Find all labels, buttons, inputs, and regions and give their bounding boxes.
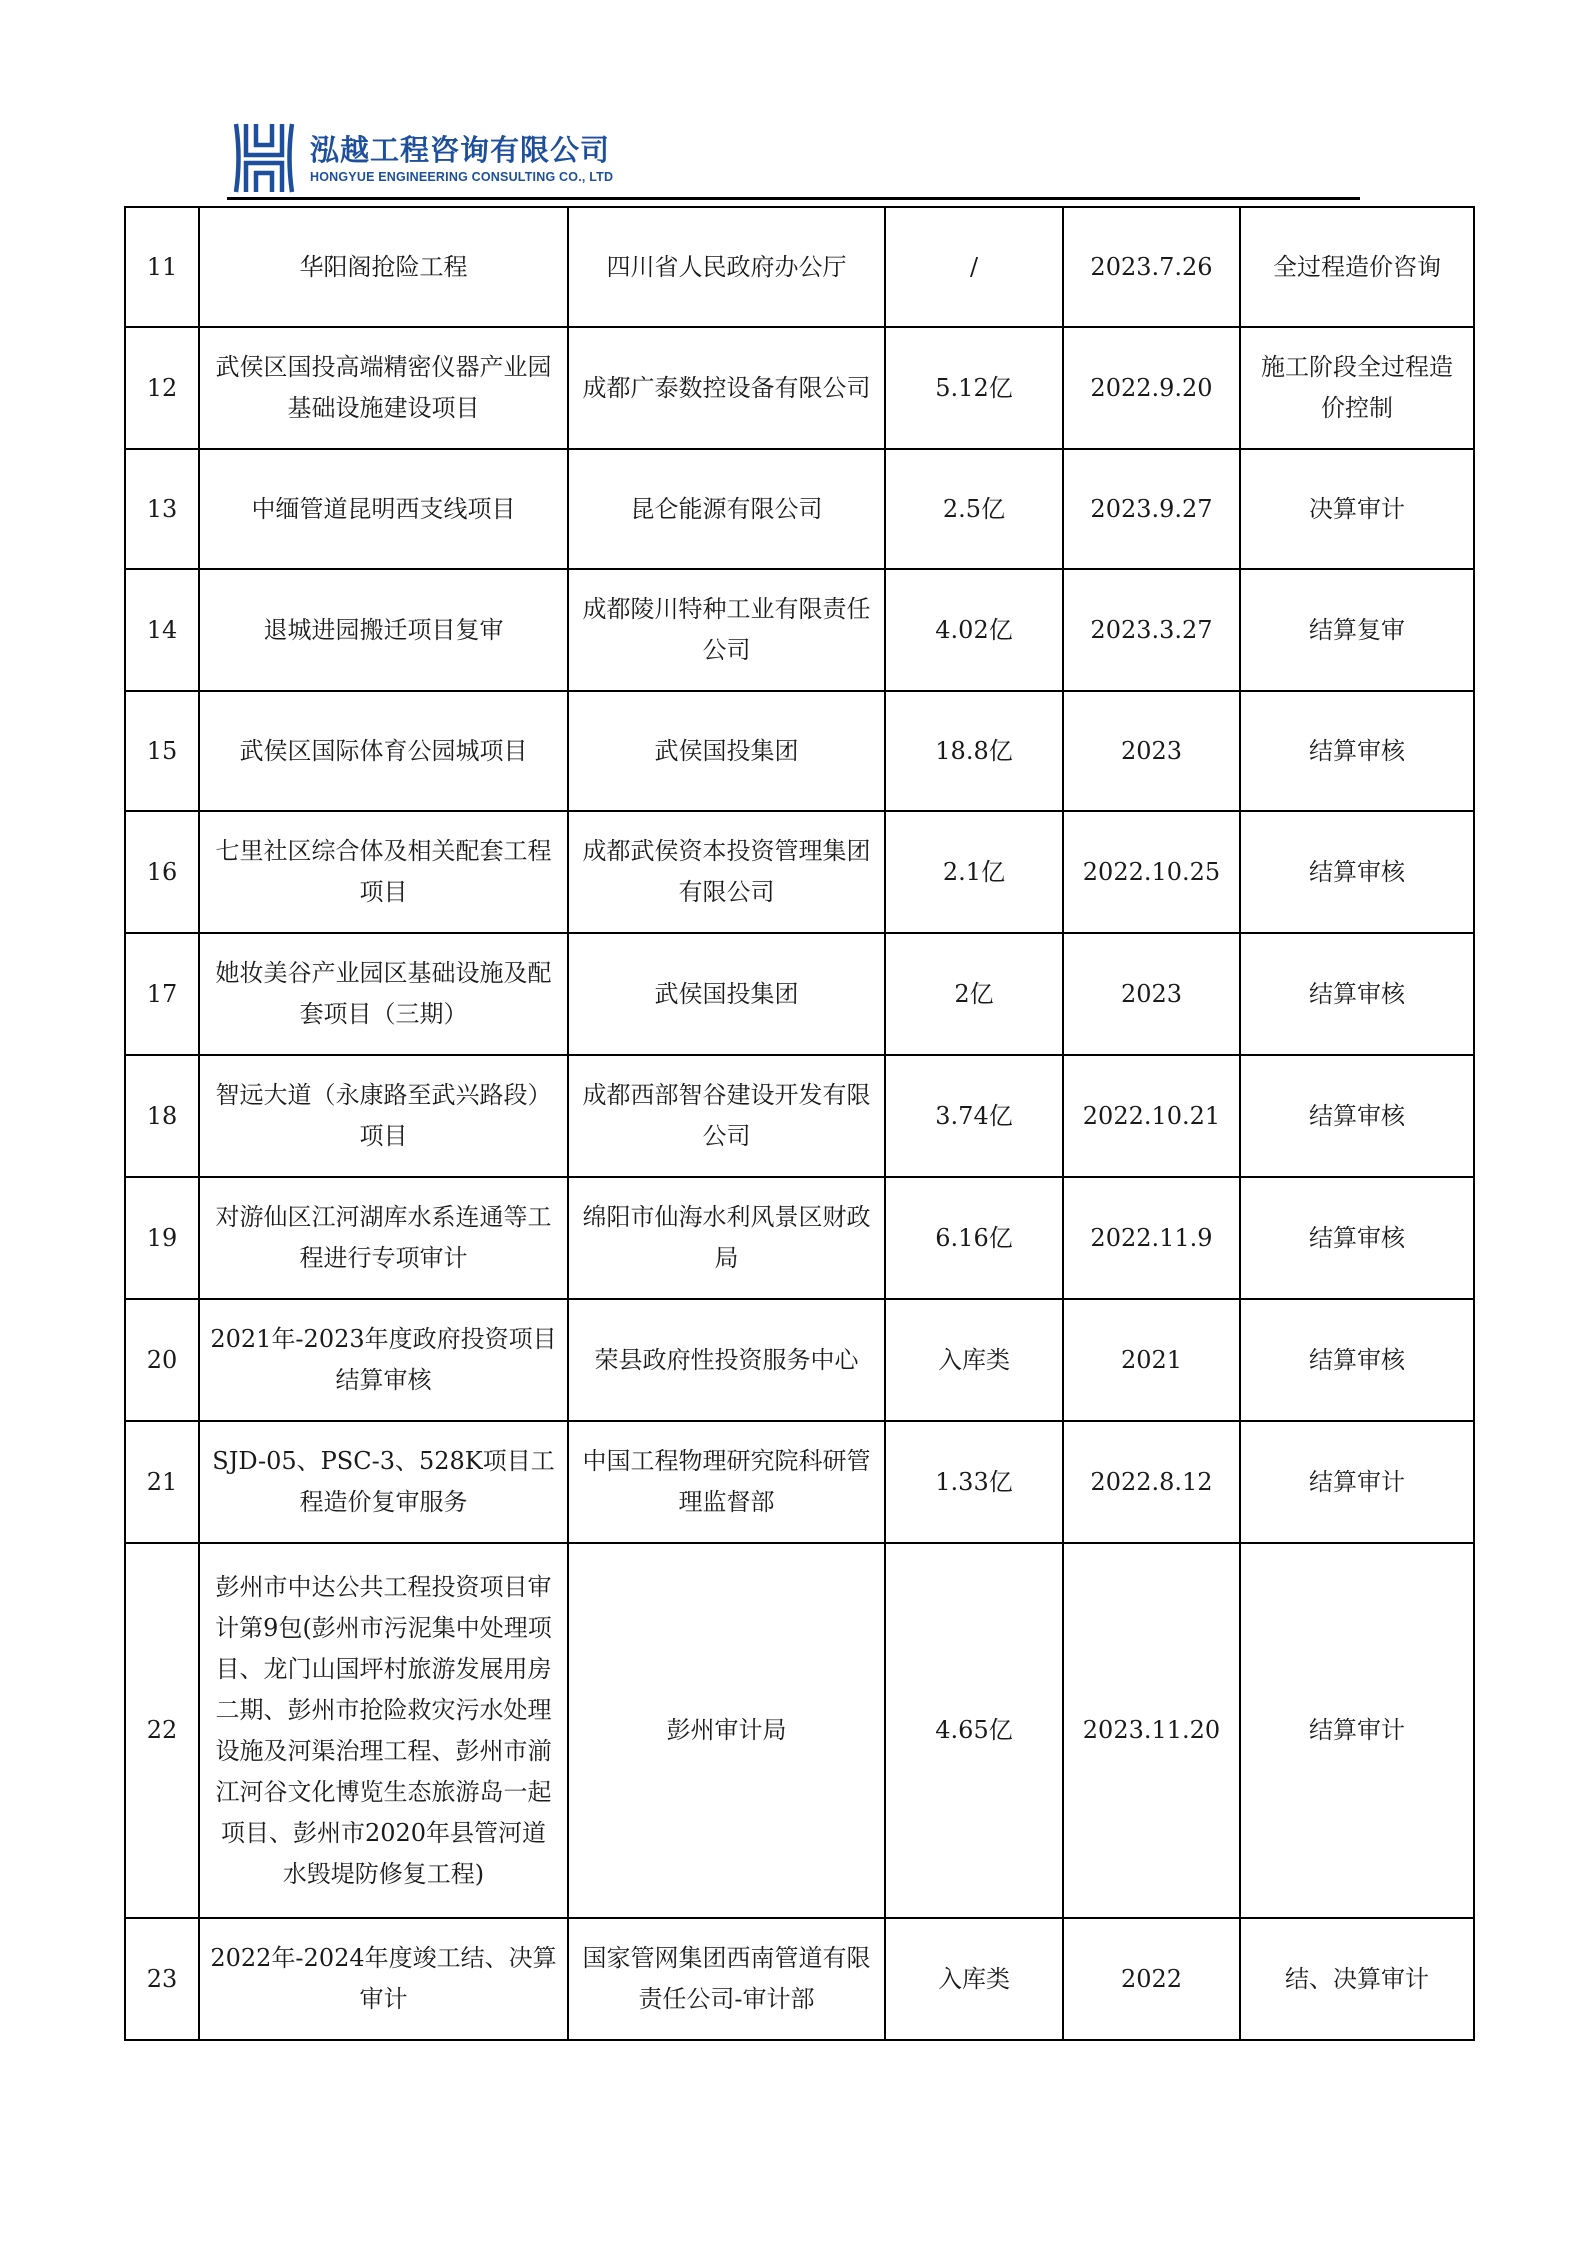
row-number: 16 xyxy=(125,811,199,933)
project-amount: / xyxy=(885,207,1063,327)
row-number: 18 xyxy=(125,1055,199,1177)
service-type: 全过程造价咨询 xyxy=(1240,207,1474,327)
project-amount: 1.33亿 xyxy=(885,1421,1063,1543)
project-amount: 2.5亿 xyxy=(885,449,1063,569)
project-date: 2022 xyxy=(1063,1918,1240,2040)
project-name: 2022年-2024年度竣工结、决算审计 xyxy=(199,1918,568,2040)
table-row: 17她妆美谷产业园区基础设施及配套项目（三期）武侯国投集团2亿2023结算审核 xyxy=(125,933,1474,1055)
table-row: 13中缅管道昆明西支线项目昆仑能源有限公司2.5亿2023.9.27决算审计 xyxy=(125,449,1474,569)
client-name: 武侯国投集团 xyxy=(568,691,885,811)
client-name: 昆仑能源有限公司 xyxy=(568,449,885,569)
table-row: 18智远大道（永康路至武兴路段）项目成都西部智谷建设开发有限公司3.74亿202… xyxy=(125,1055,1474,1177)
project-amount: 4.02亿 xyxy=(885,569,1063,691)
table-row: 21SJD-05、PSC-3、528K项目工程造价复审服务中国工程物理研究院科研… xyxy=(125,1421,1474,1543)
project-date: 2023 xyxy=(1063,691,1240,811)
service-type: 决算审计 xyxy=(1240,449,1474,569)
table-row: 19对游仙区江河湖库水系连通等工程进行专项审计绵阳市仙海水利风景区财政局6.16… xyxy=(125,1177,1474,1299)
service-type: 结算审核 xyxy=(1240,1177,1474,1299)
project-date: 2022.10.21 xyxy=(1063,1055,1240,1177)
project-name: 2021年-2023年度政府投资项目结算审核 xyxy=(199,1299,568,1421)
row-number: 17 xyxy=(125,933,199,1055)
project-amount: 2.1亿 xyxy=(885,811,1063,933)
project-name: 退城进园搬迁项目复审 xyxy=(199,569,568,691)
client-name: 成都陵川特种工业有限责任公司 xyxy=(568,569,885,691)
project-date: 2023 xyxy=(1063,933,1240,1055)
service-type: 结算审计 xyxy=(1240,1421,1474,1543)
table-row: 15武侯区国际体育公园城项目武侯国投集团18.8亿2023结算审核 xyxy=(125,691,1474,811)
row-number: 14 xyxy=(125,569,199,691)
company-name-en: HONGYUE ENGINEERING CONSULTING CO., LTD xyxy=(310,170,613,184)
project-amount: 6.16亿 xyxy=(885,1177,1063,1299)
table-row: 22彭州市中达公共工程投资项目审计第9包(彭州市污泥集中处理项目、龙门山国坪村旅… xyxy=(125,1543,1474,1918)
client-name: 中国工程物理研究院科研管理监督部 xyxy=(568,1421,885,1543)
row-number: 21 xyxy=(125,1421,199,1543)
client-name: 四川省人民政府办公厅 xyxy=(568,207,885,327)
row-number: 15 xyxy=(125,691,199,811)
project-amount: 入库类 xyxy=(885,1299,1063,1421)
project-date: 2023.3.27 xyxy=(1063,569,1240,691)
letterhead: 泓越工程咨询有限公司 HONGYUE ENGINEERING CONSULTIN… xyxy=(232,118,613,198)
project-date: 2023.11.20 xyxy=(1063,1543,1240,1918)
client-name: 国家管网集团西南管道有限责任公司-审计部 xyxy=(568,1918,885,2040)
client-name: 绵阳市仙海水利风景区财政局 xyxy=(568,1177,885,1299)
project-date: 2022.11.9 xyxy=(1063,1177,1240,1299)
project-amount: 18.8亿 xyxy=(885,691,1063,811)
client-name: 武侯国投集团 xyxy=(568,933,885,1055)
table-row: 202021年-2023年度政府投资项目结算审核荣县政府性投资服务中心入库类20… xyxy=(125,1299,1474,1421)
client-name: 成都广泰数控设备有限公司 xyxy=(568,327,885,449)
project-date: 2023.7.26 xyxy=(1063,207,1240,327)
row-number: 22 xyxy=(125,1543,199,1918)
table-row: 12武侯区国投高端精密仪器产业园基础设施建设项目成都广泰数控设备有限公司5.12… xyxy=(125,327,1474,449)
service-type: 结算审核 xyxy=(1240,933,1474,1055)
row-number: 11 xyxy=(125,207,199,327)
project-name: 她妆美谷产业园区基础设施及配套项目（三期） xyxy=(199,933,568,1055)
project-name: 中缅管道昆明西支线项目 xyxy=(199,449,568,569)
service-type: 结算审核 xyxy=(1240,811,1474,933)
service-type: 结算审核 xyxy=(1240,691,1474,811)
service-type: 结、决算审计 xyxy=(1240,1918,1474,2040)
row-number: 19 xyxy=(125,1177,199,1299)
project-name: 对游仙区江河湖库水系连通等工程进行专项审计 xyxy=(199,1177,568,1299)
project-amount: 2亿 xyxy=(885,933,1063,1055)
project-amount: 3.74亿 xyxy=(885,1055,1063,1177)
project-table: 11华阳阁抢险工程四川省人民政府办公厅/2023.7.26全过程造价咨询12武侯… xyxy=(124,206,1475,2041)
project-name: SJD-05、PSC-3、528K项目工程造价复审服务 xyxy=(199,1421,568,1543)
service-type: 结算复审 xyxy=(1240,569,1474,691)
table-row: 11华阳阁抢险工程四川省人民政府办公厅/2023.7.26全过程造价咨询 xyxy=(125,207,1474,327)
hy-monogram-icon xyxy=(232,121,296,195)
row-number: 12 xyxy=(125,327,199,449)
project-date: 2022.10.25 xyxy=(1063,811,1240,933)
client-name: 成都西部智谷建设开发有限公司 xyxy=(568,1055,885,1177)
row-number: 13 xyxy=(125,449,199,569)
client-name: 彭州审计局 xyxy=(568,1543,885,1918)
project-name: 智远大道（永康路至武兴路段）项目 xyxy=(199,1055,568,1177)
project-amount: 4.65亿 xyxy=(885,1543,1063,1918)
project-amount: 入库类 xyxy=(885,1918,1063,2040)
service-type: 施工阶段全过程造价控制 xyxy=(1240,327,1474,449)
service-type: 结算审核 xyxy=(1240,1299,1474,1421)
project-name: 武侯区国投高端精密仪器产业园基础设施建设项目 xyxy=(199,327,568,449)
client-name: 成都武侯资本投资管理集团有限公司 xyxy=(568,811,885,933)
project-name: 华阳阁抢险工程 xyxy=(199,207,568,327)
table-row: 232022年-2024年度竣工结、决算审计国家管网集团西南管道有限责任公司-审… xyxy=(125,1918,1474,2040)
project-date: 2022.9.20 xyxy=(1063,327,1240,449)
row-number: 23 xyxy=(125,1918,199,2040)
service-type: 结算审核 xyxy=(1240,1055,1474,1177)
project-amount: 5.12亿 xyxy=(885,327,1063,449)
header-divider xyxy=(227,197,1360,200)
project-date: 2022.8.12 xyxy=(1063,1421,1240,1543)
row-number: 20 xyxy=(125,1299,199,1421)
client-name: 荣县政府性投资服务中心 xyxy=(568,1299,885,1421)
project-name: 武侯区国际体育公园城项目 xyxy=(199,691,568,811)
project-name: 彭州市中达公共工程投资项目审计第9包(彭州市污泥集中处理项目、龙门山国坪村旅游发… xyxy=(199,1543,568,1918)
project-name: 七里社区综合体及相关配套工程项目 xyxy=(199,811,568,933)
company-name-cn: 泓越工程咨询有限公司 xyxy=(310,132,613,168)
table-row: 14退城进园搬迁项目复审成都陵川特种工业有限责任公司4.02亿2023.3.27… xyxy=(125,569,1474,691)
project-date: 2023.9.27 xyxy=(1063,449,1240,569)
service-type: 结算审计 xyxy=(1240,1543,1474,1918)
table-row: 16七里社区综合体及相关配套工程项目成都武侯资本投资管理集团有限公司2.1亿20… xyxy=(125,811,1474,933)
project-date: 2021 xyxy=(1063,1299,1240,1421)
